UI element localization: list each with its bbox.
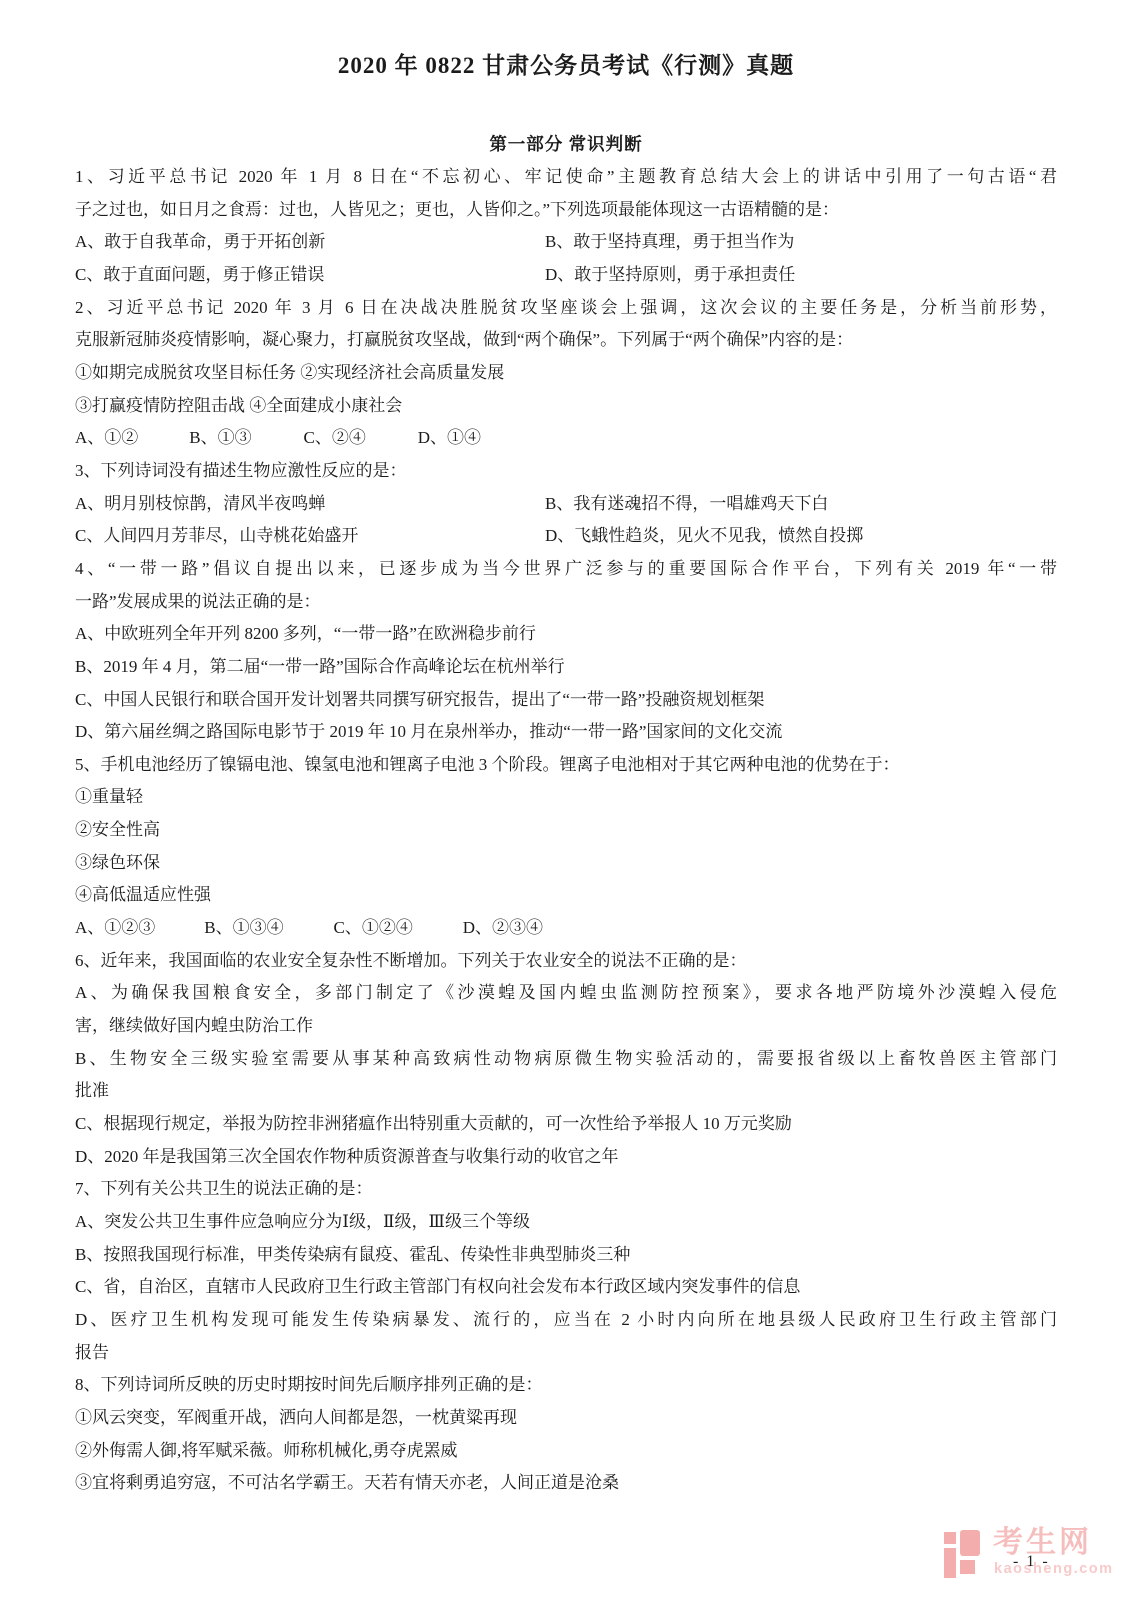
question-8-stem: 8、下列诗词所反映的历史时期按时间先后顺序排列正确的是： (75, 1369, 1057, 1402)
question-2-options-row: A、①② B、①③ C、②④ D、①④ (75, 422, 1057, 455)
question-5: 5、手机电池经历了镍镉电池、镍氢电池和锂离子电池 3 个阶段。锂离子电池相对于其… (75, 749, 1057, 945)
question-5-statement-1: ①重量轻 (75, 781, 1057, 814)
question-6: 6、近年来，我国面临的农业安全复杂性不断增加。下列关于农业安全的说法不正确的是：… (75, 945, 1057, 1174)
question-4: 4、“一带一路”倡议自提出以来，已逐步成为当今世界广泛参与的重要国际合作平台，下… (75, 553, 1057, 749)
question-3: 3、下列诗词没有描述生物应激性反应的是： A、明月别枝惊鹊，清风半夜鸣蝉 B、我… (75, 455, 1057, 553)
question-6-option-b-line-1: B、生物安全三级实验室需要从事某种高致病性动物病原微生物实验活动的，需要报省级以… (75, 1043, 1057, 1076)
question-7: 7、下列有关公共卫生的说法正确的是： A、突发公共卫生事件应急响应分为Ⅰ级，Ⅱ级… (75, 1173, 1057, 1369)
question-7-option-a: A、突发公共卫生事件应急响应分为Ⅰ级，Ⅱ级，Ⅲ级三个等级 (75, 1206, 1057, 1239)
page-number: - 1 - (1013, 1553, 1050, 1571)
question-5-options-row: A、①②③ B、①③④ C、①②④ D、②③④ (75, 912, 1057, 945)
question-5-statement-3: ③绿色环保 (75, 847, 1057, 880)
question-7-option-d-line-1: D、医疗卫生机构发现可能发生传染病暴发、流行的，应当在 2 小时内向所在地县级人… (75, 1304, 1057, 1337)
question-6-option-b-line-2: 批准 (75, 1075, 1057, 1108)
question-8-statement-2: ②外侮需人御,将军赋采薇。师称机械化,勇夺虎罴威 (75, 1435, 1057, 1468)
question-1-options-row-1: A、敢于自我革命，勇于开拓创新 B、敢于坚持真理，勇于担当作为 (75, 226, 1057, 259)
question-1-stem-line-2: 子之过也，如日月之食焉：过也，人皆见之；更也，人皆仰之。”下列选项最能体现这一古… (75, 194, 1057, 227)
question-4-option-d: D、第六届丝绸之路国际电影节于 2019 年 10 月在泉州举办，推动“一带一路… (75, 716, 1057, 749)
question-6-option-a-line-2: 害，继续做好国内蝗虫防治工作 (75, 1010, 1057, 1043)
question-2-statements-2: ③打赢疫情防控阻击战 ④全面建成小康社会 (75, 390, 1057, 423)
question-5-option-a: A、①②③ (75, 912, 200, 945)
question-6-option-d: D、2020 年是我国第三次全国农作物种质资源普查与收集行动的收官之年 (75, 1141, 1057, 1174)
question-5-statement-4: ④高低温适应性强 (75, 879, 1057, 912)
question-4-option-c: C、中国人民银行和联合国开发计划署共同撰写研究报告，提出了“一带一路”投融资规划… (75, 684, 1057, 717)
question-3-option-c: C、人间四月芳菲尽，山寺桃花始盛开 (75, 520, 545, 553)
question-5-statement-2: ②安全性高 (75, 814, 1057, 847)
question-1: 1、习近平总书记 2020 年 1 月 8 日在“不忘初心、牢记使命”主题教育总… (75, 161, 1057, 292)
question-8: 8、下列诗词所反映的历史时期按时间先后顺序排列正确的是： ①风云突变，军阀重开战… (75, 1369, 1057, 1500)
question-6-option-c: C、根据现行规定，举报为防控非洲猪瘟作出特别重大贡献的，可一次性给予举报人 10… (75, 1108, 1057, 1141)
question-3-option-a: A、明月别枝惊鹊，清风半夜鸣蝉 (75, 488, 545, 521)
question-3-options-row-2: C、人间四月芳菲尽，山寺桃花始盛开 D、飞蛾性趋炎，见火不见我，愤然自投掷 (75, 520, 1057, 553)
question-1-option-c: C、敢于直面问题，勇于修正错误 (75, 259, 545, 292)
watermark-site-url: kaosheng.com (994, 1561, 1114, 1577)
question-4-stem-line-2: 一路”发展成果的说法正确的是： (75, 586, 1057, 619)
question-2-option-c: C、②④ (304, 422, 414, 455)
question-2-statements-1: ①如期完成脱贫攻坚目标任务 ②实现经济社会高质量发展 (75, 357, 1057, 390)
question-5-option-b: B、①③④ (204, 912, 329, 945)
question-2-option-d: D、①④ (418, 422, 481, 455)
question-3-stem: 3、下列诗词没有描述生物应激性反应的是： (75, 455, 1057, 488)
question-7-option-b: B、按照我国现行标准，甲类传染病有鼠疫、霍乱、传染性非典型肺炎三种 (75, 1239, 1057, 1272)
question-7-option-c: C、省，自治区，直辖市人民政府卫生行政主管部门有权向社会发布本行政区域内突发事件… (75, 1271, 1057, 1304)
question-2-stem-line-2: 克服新冠肺炎疫情影响，凝心聚力，打赢脱贫攻坚战，做到“两个确保”。下列属于“两个… (75, 324, 1057, 357)
question-2-stem-line-1: 2、习近平总书记 2020 年 3 月 6 日在决战决胜脱贫攻坚座谈会上强调，这… (75, 292, 1057, 325)
question-8-statement-3: ③宜将剩勇追穷寇，不可沽名学霸王。天若有情天亦老，人间正道是沧桑 (75, 1467, 1057, 1500)
question-7-stem: 7、下列有关公共卫生的说法正确的是： (75, 1173, 1057, 1206)
question-8-statement-1: ①风云突变，军阀重开战，洒向人间都是怨，一枕黄粱再现 (75, 1402, 1057, 1435)
question-3-option-b: B、我有迷魂招不得，一唱雄鸡天下白 (545, 488, 1057, 521)
question-1-options-row-2: C、敢于直面问题，勇于修正错误 D、敢于坚持原则，勇于承担责任 (75, 259, 1057, 292)
question-4-option-b: B、2019 年 4 月，第二届“一带一路”国际合作高峰论坛在杭州举行 (75, 651, 1057, 684)
question-2-option-b: B、①③ (189, 422, 299, 455)
question-3-options-row-1: A、明月别枝惊鹊，清风半夜鸣蝉 B、我有迷魂招不得，一唱雄鸡天下白 (75, 488, 1057, 521)
question-1-option-d: D、敢于坚持原则，勇于承担责任 (545, 259, 1057, 292)
question-3-option-d: D、飞蛾性趋炎，见火不见我，愤然自投掷 (545, 520, 1057, 553)
kaosheng-logo-icon (944, 1530, 982, 1580)
exam-document: 2020 年 0822 甘肃公务员考试《行测》真题 第一部分 常识判断 1、习近… (75, 0, 1057, 1500)
question-2: 2、习近平总书记 2020 年 3 月 6 日在决战决胜脱贫攻坚座谈会上强调，这… (75, 292, 1057, 455)
question-1-option-b: B、敢于坚持真理，勇于担当作为 (545, 226, 1057, 259)
question-1-stem-line-1: 1、习近平总书记 2020 年 1 月 8 日在“不忘初心、牢记使命”主题教育总… (75, 161, 1057, 194)
question-4-option-a: A、中欧班列全年开列 8200 多列，“一带一路”在欧洲稳步前行 (75, 618, 1057, 651)
question-5-stem: 5、手机电池经历了镍镉电池、镍氢电池和锂离子电池 3 个阶段。锂离子电池相对于其… (75, 749, 1057, 782)
question-4-stem-line-1: 4、“一带一路”倡议自提出以来，已逐步成为当今世界广泛参与的重要国际合作平台，下… (75, 553, 1057, 586)
question-list: 1、习近平总书记 2020 年 1 月 8 日在“不忘初心、牢记使命”主题教育总… (75, 161, 1057, 1500)
question-1-option-a: A、敢于自我革命，勇于开拓创新 (75, 226, 545, 259)
question-2-option-a: A、①② (75, 422, 185, 455)
question-6-option-a-line-1: A、为确保我国粮食安全，多部门制定了《沙漠蝗及国内蝗虫监测防控预案》，要求各地严… (75, 977, 1057, 1010)
question-7-option-d-line-2: 报告 (75, 1337, 1057, 1370)
question-5-option-d: D、②③④ (463, 912, 543, 945)
section-heading: 第一部分 常识判断 (75, 128, 1057, 161)
question-6-stem: 6、近年来，我国面临的农业安全复杂性不断增加。下列关于农业安全的说法不正确的是： (75, 945, 1057, 978)
document-title: 2020 年 0822 甘肃公务员考试《行测》真题 (75, 50, 1057, 82)
question-5-option-c: C、①②④ (334, 912, 459, 945)
